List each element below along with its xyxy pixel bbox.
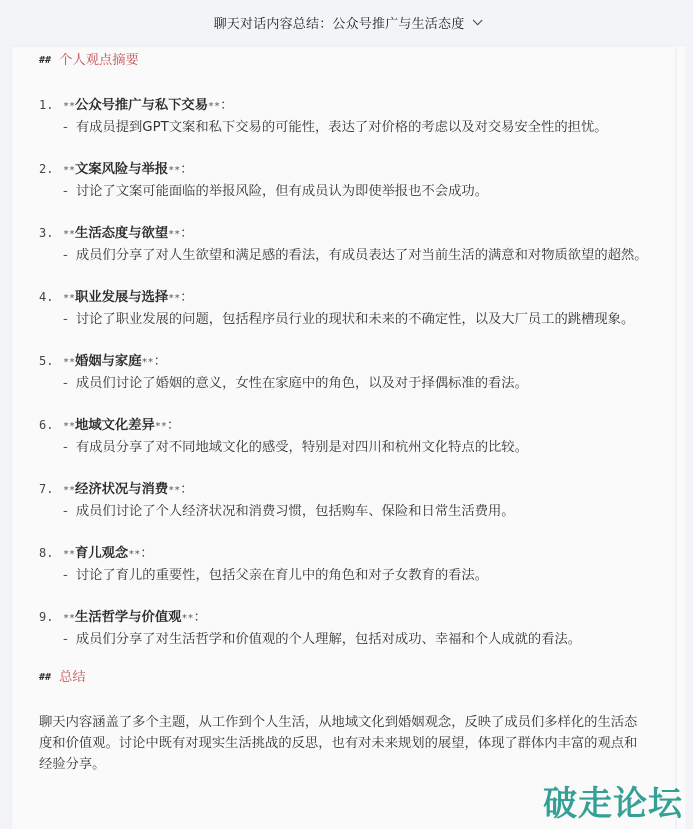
- markdown-stars: **: [208, 96, 220, 117]
- topic-detail: -讨论了文案可能面临的举报风险，但有成员认为即使举报也不会成功。: [39, 181, 649, 202]
- item-number: 5.: [39, 351, 63, 372]
- topic-item: 4.**职业发展与选择**：-讨论了职业发展的问题，包括程序员行业的现状和未来的…: [39, 287, 649, 330]
- topic-title: 地域文化差异: [75, 415, 155, 436]
- markdown-stars: **: [63, 608, 75, 629]
- colon: ：: [180, 159, 193, 180]
- topic-detail-text: 讨论了育儿的重要性，包括父亲在育儿中的角色和对子女教育的看法。: [76, 568, 488, 583]
- colon: ：: [220, 95, 233, 116]
- item-number: 9.: [39, 607, 63, 628]
- topic-item: 6.**地域文化差异**：-有成员分享了对不同地域文化的感受，特别是对四川和杭州…: [39, 415, 649, 458]
- colon: ：: [193, 607, 206, 628]
- watermark-logo: 破走论坛: [543, 776, 683, 825]
- topic-title-line: 3.**生活态度与欲望**：: [39, 223, 649, 245]
- topic-detail-text: 有成员提到GPT文案和私下交易的可能性，表达了对价格的考虑以及对交易安全性的担忧…: [76, 120, 608, 135]
- topic-item: 5.**婚姻与家庭**：-成员们讨论了婚姻的意义，女性在家庭中的角色，以及对于择…: [39, 351, 649, 394]
- colon: ：: [180, 287, 193, 308]
- conversation-title-dropdown[interactable]: 聊天对话内容总结：公众号推广与生活态度: [214, 13, 480, 32]
- markdown-stars: **: [168, 224, 180, 245]
- topic-item: 7.**经济状况与消费**：-成员们讨论了个人经济状况和消费习惯，包括购车、保险…: [39, 479, 649, 522]
- topic-detail: -成员们讨论了婚姻的意义，女性在家庭中的角色，以及对于择偶标准的看法。: [39, 373, 649, 394]
- markdown-hash: ##: [39, 667, 51, 688]
- topic-item: 2.**文案风险与举报**：-讨论了文案可能面临的举报风险，但有成员认为即使举报…: [39, 159, 649, 202]
- topic-title: 育儿观念: [75, 543, 128, 564]
- markdown-stars: **: [63, 416, 75, 437]
- item-number: 1.: [39, 95, 63, 116]
- markdown-stars: **: [168, 480, 180, 501]
- bullet-dash: -: [63, 248, 68, 263]
- markdown-stars: **: [63, 160, 75, 181]
- bullet-dash: -: [63, 120, 68, 135]
- topic-list: 1.**公众号推广与私下交易**：-有成员提到GPT文案和私下交易的可能性，表达…: [39, 95, 649, 650]
- topic-detail-text: 成员们分享了对生活哲学和价值观的个人理解，包括对成功、幸福和个人成就的看法。: [76, 632, 581, 647]
- markdown-stars: **: [168, 160, 180, 181]
- markdown-stars: **: [63, 480, 75, 501]
- topic-detail: -有成员分享了对不同地域文化的感受，特别是对四川和杭州文化特点的比较。: [39, 437, 649, 458]
- section-heading-summary: ## 总结: [39, 664, 649, 691]
- topic-item: 8.**育儿观念**：-讨论了育儿的重要性，包括父亲在育儿中的角色和对子女教育的…: [39, 543, 649, 586]
- scrollbar-track[interactable]: [677, 47, 685, 829]
- bullet-dash: -: [63, 440, 68, 455]
- topic-title: 经济状况与消费: [75, 479, 168, 500]
- markdown-stars: **: [128, 544, 140, 565]
- section-title: 总结: [59, 667, 86, 688]
- markdown-stars: **: [63, 224, 75, 245]
- topic-title-line: 6.**地域文化差异**：: [39, 415, 649, 437]
- topic-item: 1.**公众号推广与私下交易**：-有成员提到GPT文案和私下交易的可能性，表达…: [39, 95, 649, 138]
- topic-detail-text: 讨论了职业发展的问题，包括程序员行业的现状和未来的不确定性，以及大厂员工的跳槽现…: [76, 312, 634, 327]
- markdown-hash: ##: [39, 50, 51, 71]
- topic-detail: -成员们分享了对人生欲望和满足感的看法，有成员表达了对当前生活的满意和对物质欲望…: [39, 245, 649, 266]
- item-number: 2.: [39, 159, 63, 180]
- topic-detail: -有成员提到GPT文案和私下交易的可能性，表达了对价格的考虑以及对交易安全性的担…: [39, 117, 649, 138]
- bullet-dash: -: [63, 312, 68, 327]
- topic-title: 生活态度与欲望: [75, 223, 168, 244]
- section-heading-personal-views: ## 个人观点摘要: [39, 47, 649, 74]
- chat-header: 聊天对话内容总结：公众号推广与生活态度: [0, 0, 693, 44]
- summary-paragraph: 聊天内容涵盖了多个主题，从工作到个人生活，从地域文化到婚姻观念，反映了成员们多样…: [39, 712, 649, 775]
- topic-title: 生活哲学与价值观: [75, 607, 181, 628]
- topic-title-line: 7.**经济状况与消费**：: [39, 479, 649, 501]
- topic-detail: -讨论了职业发展的问题，包括程序员行业的现状和未来的不确定性，以及大厂员工的跳槽…: [39, 309, 649, 330]
- bullet-dash: -: [63, 504, 68, 519]
- markdown-stars: **: [181, 608, 193, 629]
- topic-detail-text: 成员们讨论了个人经济状况和消费习惯，包括购车、保险和日常生活费用。: [76, 504, 515, 519]
- colon: ：: [180, 223, 193, 244]
- topic-title: 公众号推广与私下交易: [75, 95, 208, 116]
- item-number: 8.: [39, 543, 63, 564]
- markdown-stars: **: [63, 96, 75, 117]
- topic-title-line: 1.**公众号推广与私下交易**：: [39, 95, 649, 117]
- topic-title-line: 8.**育儿观念**：: [39, 543, 649, 565]
- bullet-dash: -: [63, 632, 68, 647]
- colon: ：: [167, 415, 180, 436]
- colon: ：: [180, 479, 193, 500]
- markdown-stars: **: [63, 352, 75, 373]
- markdown-stars: **: [142, 352, 154, 373]
- markdown-stars: **: [63, 544, 75, 565]
- topic-detail-text: 成员们讨论了婚姻的意义，女性在家庭中的角色，以及对于择偶标准的看法。: [76, 376, 528, 391]
- colon: ：: [140, 543, 153, 564]
- bullet-dash: -: [63, 568, 68, 583]
- item-number: 4.: [39, 287, 63, 308]
- colon: ：: [154, 351, 167, 372]
- section-title: 个人观点摘要: [59, 50, 139, 71]
- topic-detail-text: 有成员分享了对不同地域文化的感受，特别是对四川和杭州文化特点的比较。: [76, 440, 528, 455]
- topic-detail-text: 成员们分享了对人生欲望和满足感的看法，有成员表达了对当前生活的满意和对物质欲望的…: [76, 248, 648, 263]
- topic-title-line: 9.**生活哲学与价值观**：: [39, 607, 649, 629]
- markdown-stars: **: [168, 288, 180, 309]
- conversation-title: 聊天对话内容总结：公众号推广与生活态度: [214, 13, 465, 32]
- topic-item: 3.**生活态度与欲望**：-成员们分享了对人生欲望和满足感的看法，有成员表达了…: [39, 223, 649, 266]
- topic-title-line: 4.**职业发展与选择**：: [39, 287, 649, 309]
- topic-title-line: 5.**婚姻与家庭**：: [39, 351, 649, 373]
- markdown-stars: **: [155, 416, 167, 437]
- topic-title: 文案风险与举报: [75, 159, 168, 180]
- topic-detail: -讨论了育儿的重要性，包括父亲在育儿中的角色和对子女教育的看法。: [39, 565, 649, 586]
- topic-title-line: 2.**文案风险与举报**：: [39, 159, 649, 181]
- topic-detail: -成员们讨论了个人经济状况和消费习惯，包括购车、保险和日常生活费用。: [39, 501, 649, 522]
- topic-title: 职业发展与选择: [75, 287, 168, 308]
- item-number: 3.: [39, 223, 63, 244]
- topic-detail-text: 讨论了文案可能面临的举报风险，但有成员认为即使举报也不会成功。: [76, 184, 488, 199]
- summary-document: ## 个人观点摘要 1.**公众号推广与私下交易**：-有成员提到GPT文案和私…: [12, 47, 675, 829]
- topic-title: 婚姻与家庭: [75, 351, 141, 372]
- topic-item: 9.**生活哲学与价值观**：-成员们分享了对生活哲学和价值观的个人理解，包括对…: [39, 607, 649, 650]
- topic-detail: -成员们分享了对生活哲学和价值观的个人理解，包括对成功、幸福和个人成就的看法。: [39, 629, 649, 650]
- chevron-down-icon: [473, 15, 483, 25]
- bullet-dash: -: [63, 376, 68, 391]
- bullet-dash: -: [63, 184, 68, 199]
- item-number: 7.: [39, 479, 63, 500]
- markdown-stars: **: [63, 288, 75, 309]
- item-number: 6.: [39, 415, 63, 436]
